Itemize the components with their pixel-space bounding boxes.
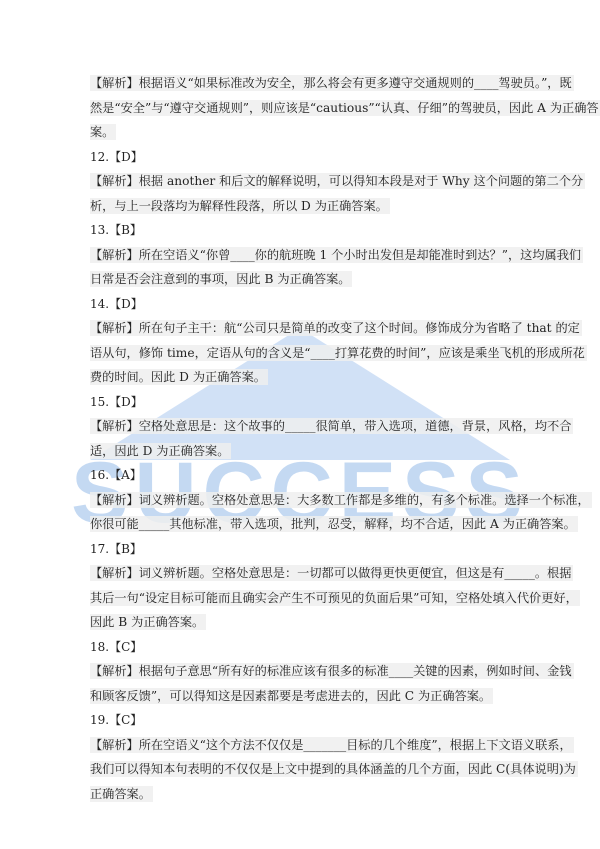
explanation-line: 费的时间。因此 D 为正确答案。 xyxy=(90,369,268,385)
explanation-line: 【解析】所在句子主干：航“公司只是简单的改变了这个时间。修饰成分为省略了 tha… xyxy=(90,320,582,336)
explanation-line: 语从句，修饰 time，定语从句的含义是“____打算花费的时间”，应该是乘坐飞… xyxy=(90,345,587,361)
question-number: 19. xyxy=(90,713,109,727)
explanation-line: 【解析】根据语义“如果标准改为安全，那么将会有更多遵守交通规则的____驾驶员。… xyxy=(90,75,574,91)
explanation-line: 【解析】根据句子意思“所有好的标准应该有很多的标准____关键的因素，例如时间、… xyxy=(90,663,574,679)
explanation-line: 正确答案。 xyxy=(90,786,153,802)
explanation-line: 【解析】根据 another 和后文的解释说明，可以得知本段是对于 Why 这个… xyxy=(90,173,585,189)
answer-label: 【A】 xyxy=(109,468,142,482)
question-12: 12.【D】 【解析】根据 another 和后文的解释说明，可以得知本段是对于… xyxy=(90,149,530,215)
answer-label: 【D】 xyxy=(109,297,143,311)
answer-explanations-document: 【解析】根据语义“如果标准改为安全，那么将会有更多遵守交通规则的____驾驶员。… xyxy=(90,75,530,810)
explanation-line: 其后一句“设定目标可能而且确实会产生不可预见的负面后果”可知，空格处填入代价更好… xyxy=(90,590,580,606)
explanation-line: 适，因此 D 为正确答案。 xyxy=(90,443,231,459)
explanation-line: 【解析】空格处意思是：这个故事的_____很简单，带入选项，道德，背景，风格，均… xyxy=(90,418,573,434)
question-16: 16.【A】 【解析】词义辨析题。空格处意思是：大多数工作都是多维的，有多个标准… xyxy=(90,467,530,533)
answer-label: 【D】 xyxy=(109,150,143,164)
question-15: 15.【D】 【解析】空格处意思是：这个故事的_____很简单，带入选项，道德，… xyxy=(90,394,530,460)
explanation-line: 【解析】所在空语义“你曾____你的航班晚 1 个小时出发但是却能准时到达？”，… xyxy=(90,247,583,263)
question-number: 12. xyxy=(90,150,109,164)
explanation-line: 析，与上一段落均为解释性段落，所以 D 为正确答案。 xyxy=(90,198,390,214)
explanation-line: 【解析】词义辨析题。空格处意思是：一切都可以做得更快更便宜，但这是有_____。… xyxy=(90,565,573,581)
explanation-line: 因此 B 为正确答案。 xyxy=(90,614,206,630)
answer-label: 【C】 xyxy=(109,713,142,727)
question-19: 19.【C】 【解析】所在空语义“这个方法不仅仅是_______目标的几个维度”… xyxy=(90,712,530,803)
question-number: 18. xyxy=(90,640,109,654)
intro-explanation: 【解析】根据语义“如果标准改为安全，那么将会有更多遵守交通规则的____驾驶员。… xyxy=(90,75,530,141)
question-18: 18.【C】 【解析】根据句子意思“所有好的标准应该有很多的标准____关键的因… xyxy=(90,639,530,705)
question-14: 14.【D】 【解析】所在句子主干：航“公司只是简单的改变了这个时间。修饰成分为… xyxy=(90,296,530,387)
question-number: 15. xyxy=(90,395,109,409)
question-13: 13.【B】 【解析】所在空语义“你曾____你的航班晚 1 个小时出发但是却能… xyxy=(90,222,530,288)
explanation-line: 案。 xyxy=(90,124,116,140)
answer-label: 【B】 xyxy=(109,542,142,556)
explanation-line: 和顾客反馈”，可以得知这是因素都要是考虑进去的，因此 C 为正确答案。 xyxy=(90,688,493,704)
explanation-line: 然是“安全”与“遵守交通规则”，则应该是“cautious”“认真、仔细”的驾驶… xyxy=(90,100,600,116)
answer-label: 【D】 xyxy=(109,395,143,409)
explanation-line: 日常是否会注意到的事项，因此 B 为正确答案。 xyxy=(90,271,352,287)
question-17: 17.【B】 【解析】词义辨析题。空格处意思是：一切都可以做得更快更便宜，但这是… xyxy=(90,541,530,632)
question-number: 17. xyxy=(90,542,109,556)
explanation-line: 你很可能_____其他标准，带入选项，批判，忍受，解释，均不合适，因此 A 为正… xyxy=(90,516,578,532)
question-number: 14. xyxy=(90,297,109,311)
question-number: 13. xyxy=(90,223,109,237)
explanation-line: 【解析】所在空语义“这个方法不仅仅是_______目标的几个维度”，根据上下文语… xyxy=(90,737,574,753)
explanation-line: 我们可以得知本句表明的不仅仅是上文中提到的具体涵盖的几个方面，因此 C(具体说明… xyxy=(90,761,578,777)
question-number: 16. xyxy=(90,468,109,482)
answer-label: 【C】 xyxy=(109,640,142,654)
explanation-line: 【解析】词义辨析题。空格处意思是：大多数工作都是多维的，有多个标准。选择一个标准… xyxy=(90,492,592,508)
answer-label: 【B】 xyxy=(109,223,142,237)
